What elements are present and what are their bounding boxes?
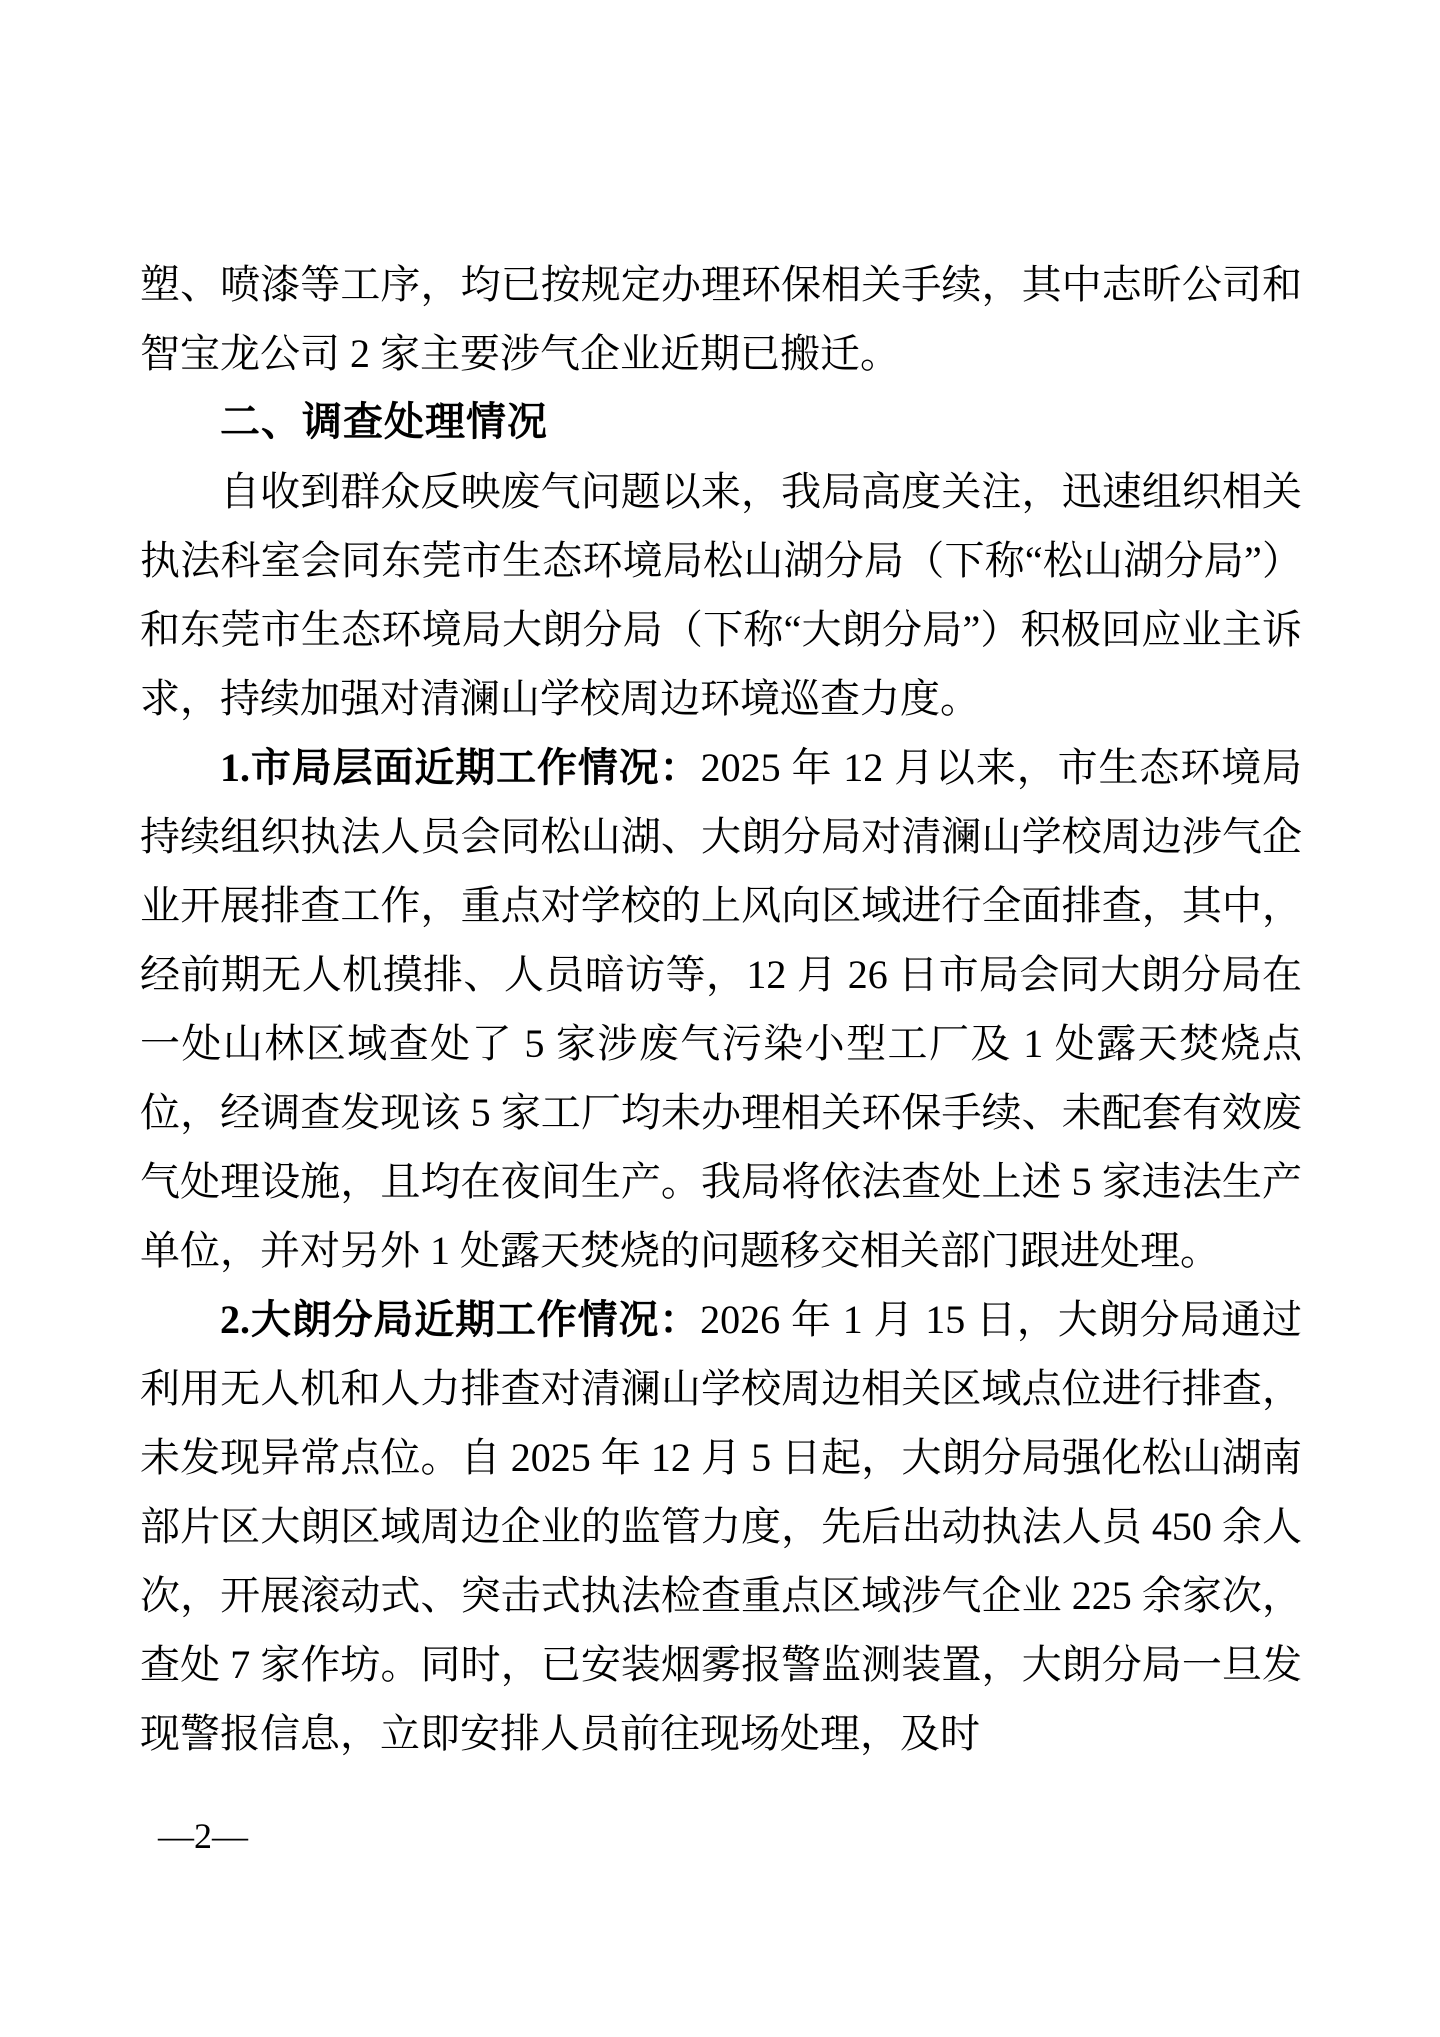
section-heading: 二、调查处理情况	[140, 388, 1302, 457]
document-page: 塑、喷漆等工序，均已按规定办理环保相关手续，其中志昕公司和智宝龙公司 2 家主要…	[0, 0, 1440, 2037]
document-body: 塑、喷漆等工序，均已按规定办理环保相关手续，其中志昕公司和智宝龙公司 2 家主要…	[140, 250, 1302, 1768]
page-number: —2—	[158, 1816, 248, 1856]
paragraph-text: 塑、喷漆等工序，均已按规定办理环保相关手续，其中志昕公司和智宝龙公司 2 家主要…	[140, 262, 1302, 376]
paragraph-text: 2026 年 1 月 15 日，大朗分局通过利用无人机和人力排查对清澜山学校周边…	[140, 1297, 1302, 1756]
paragraph-lead: 1.市局层面近期工作情况：	[220, 745, 701, 790]
section-heading-text: 二、调查处理情况	[220, 400, 548, 444]
paragraph: 自收到群众反映废气问题以来，我局高度关注，迅速组织相关执法科室会同东莞市生态环境…	[140, 457, 1302, 733]
paragraph-text: 自收到群众反映废气问题以来，我局高度关注，迅速组织相关执法科室会同东莞市生态环境…	[140, 469, 1302, 721]
paragraph: 2.大朗分局近期工作情况：2026 年 1 月 15 日，大朗分局通过利用无人机…	[140, 1285, 1302, 1768]
paragraph-continuation: 塑、喷漆等工序，均已按规定办理环保相关手续，其中志昕公司和智宝龙公司 2 家主要…	[140, 250, 1302, 388]
paragraph-text: 2025 年 12 月以来，市生态环境局持续组织执法人员会同松山湖、大朗分局对清…	[140, 745, 1302, 1273]
paragraph-lead: 2.大朗分局近期工作情况：	[220, 1297, 700, 1342]
paragraph: 1.市局层面近期工作情况：2025 年 12 月以来，市生态环境局持续组织执法人…	[140, 733, 1302, 1285]
